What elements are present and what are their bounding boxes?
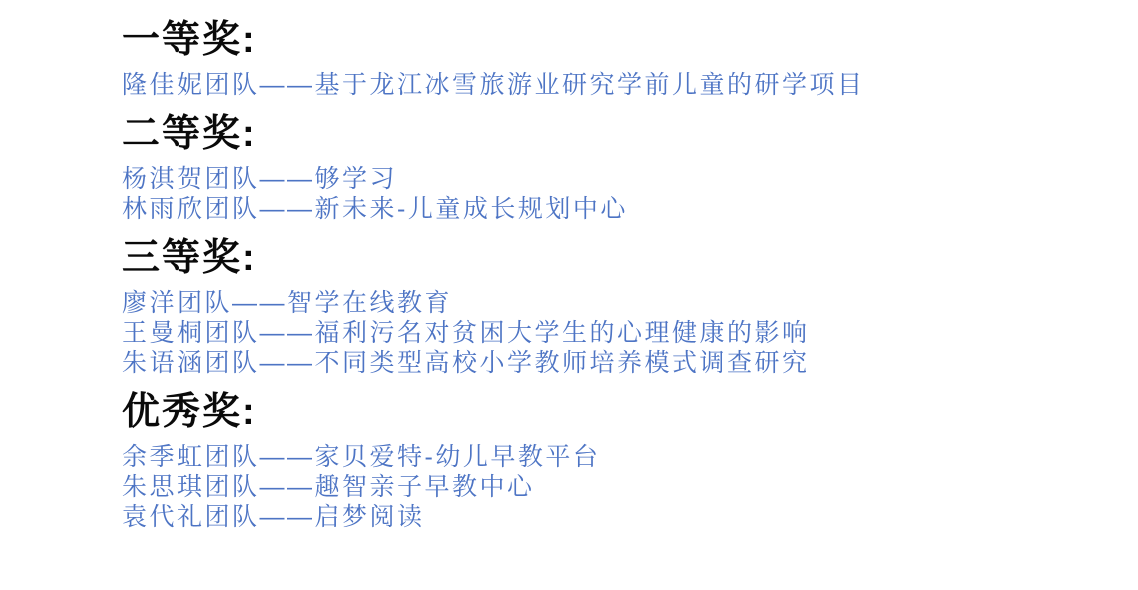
award-section: 一等奖: 隆佳妮团队——基于龙江冰雪旅游业研究学前儿童的研学项目 — [122, 20, 1098, 100]
award-section: 三等奖: 廖洋团队——智学在线教育王曼桐团队——福利污名对贫困大学生的心理健康的… — [122, 238, 1098, 378]
award-entry: 隆佳妮团队——基于龙江冰雪旅游业研究学前儿童的研学项目 — [122, 70, 1098, 100]
award-entry: 王曼桐团队——福利污名对贫困大学生的心理健康的影响 — [122, 318, 1098, 348]
award-section-title: 一等奖: — [122, 20, 1098, 60]
award-entry: 袁代礼团队——启梦阅读 — [122, 502, 1098, 532]
award-entry: 林雨欣团队——新未来-儿童成长规划中心 — [122, 194, 1098, 224]
award-section-title: 二等奖: — [122, 114, 1098, 154]
award-section: 二等奖: 杨淇贺团队——够学习林雨欣团队——新未来-儿童成长规划中心 — [122, 114, 1098, 224]
award-list: 隆佳妮团队——基于龙江冰雪旅游业研究学前儿童的研学项目 — [122, 70, 1098, 100]
award-section-title: 三等奖: — [122, 238, 1098, 278]
award-entry: 余季虹团队——家贝爱特-幼儿早教平台 — [122, 442, 1098, 472]
award-entry: 廖洋团队——智学在线教育 — [122, 288, 1098, 318]
award-section-title: 优秀奖: — [122, 392, 1098, 432]
award-list: 廖洋团队——智学在线教育王曼桐团队——福利污名对贫困大学生的心理健康的影响朱语涵… — [122, 288, 1098, 378]
award-entry: 朱语涵团队——不同类型高校小学教师培养模式调查研究 — [122, 348, 1098, 378]
award-list: 杨淇贺团队——够学习林雨欣团队——新未来-儿童成长规划中心 — [122, 164, 1098, 224]
award-section: 优秀奖: 余季虹团队——家贝爱特-幼儿早教平台朱思琪团队——趣智亲子早教中心袁代… — [122, 392, 1098, 532]
awards-document: 一等奖: 隆佳妮团队——基于龙江冰雪旅游业研究学前儿童的研学项目 二等奖: 杨淇… — [0, 0, 1138, 532]
award-entry: 朱思琪团队——趣智亲子早教中心 — [122, 472, 1098, 502]
award-entry: 杨淇贺团队——够学习 — [122, 164, 1098, 194]
award-list: 余季虹团队——家贝爱特-幼儿早教平台朱思琪团队——趣智亲子早教中心袁代礼团队——… — [122, 442, 1098, 532]
